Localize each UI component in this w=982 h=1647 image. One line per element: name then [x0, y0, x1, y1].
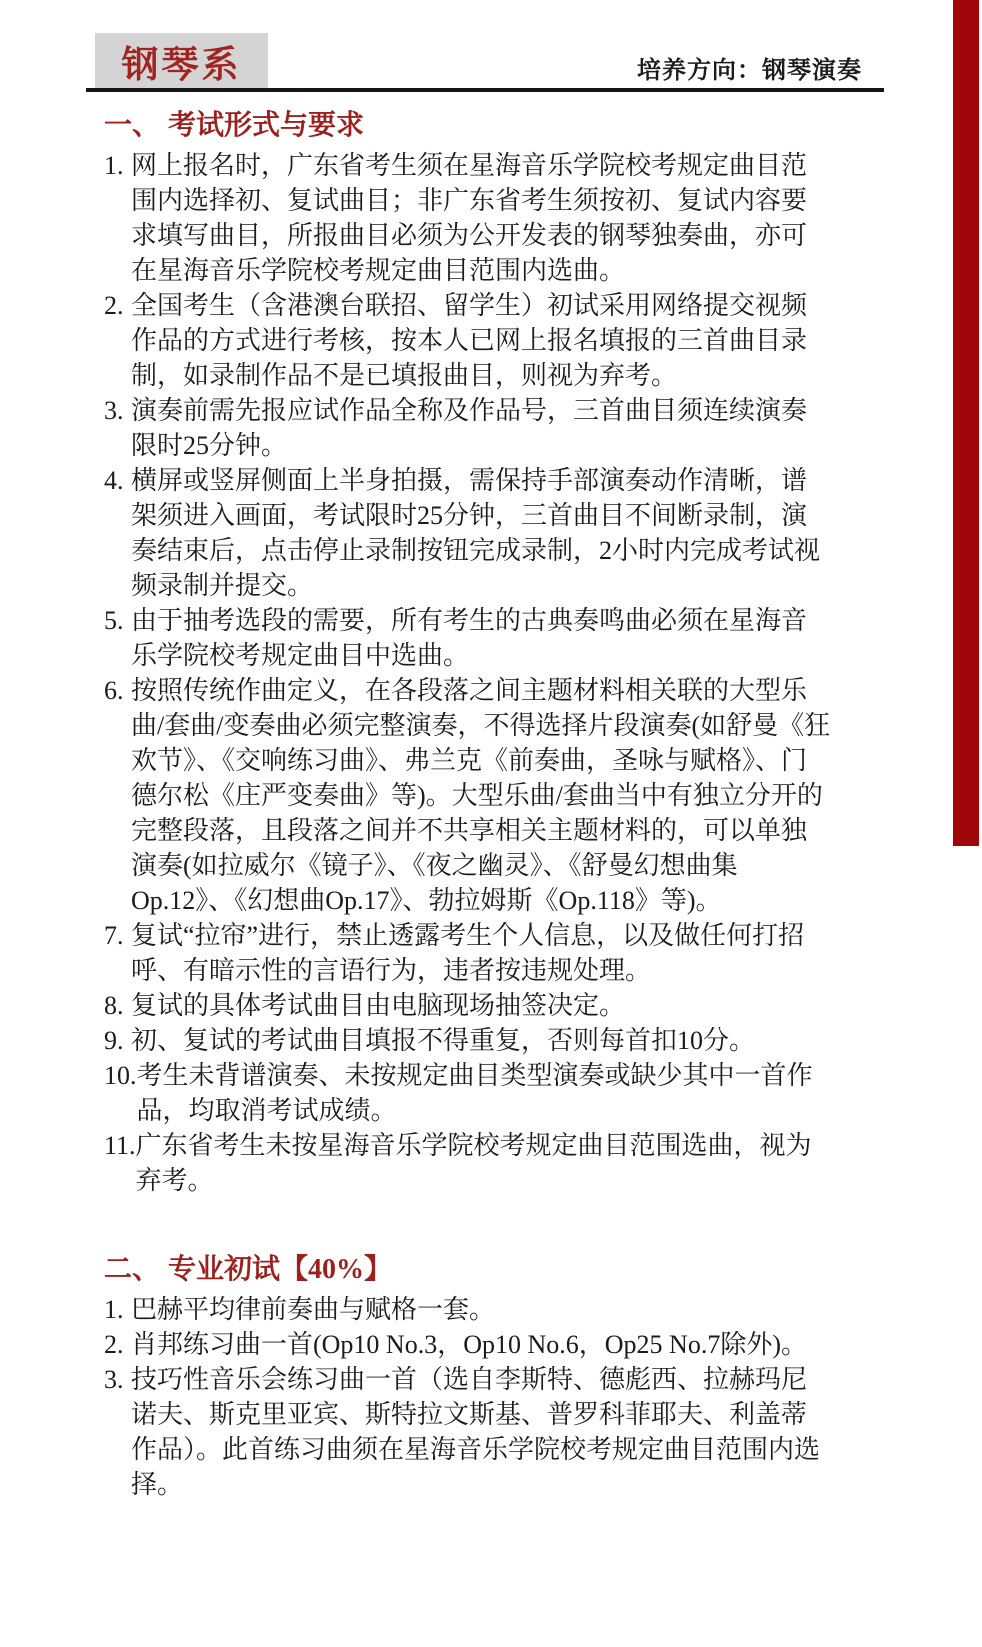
list-item-number: 1. — [104, 1292, 131, 1327]
list-item-text: 复试“拉帘”进行，禁止透露考生个人信息，以及做任何打招呼、有暗示性的言语行为，违… — [131, 918, 831, 988]
section-title: 考试形式与要求 — [168, 110, 364, 141]
list-item-text: 横屏或竖屏侧面上半身拍摄，需保持手部演奏动作清晰，谱架须进入画面，考试限时25分… — [131, 463, 831, 603]
list-item-number: 3. — [104, 1362, 131, 1502]
list-item-number: 2. — [104, 288, 131, 393]
list-item-text: 广东省考生未按星海音乐学院校考规定曲目范围选曲，视为弃考。 — [136, 1128, 831, 1198]
list-item-number: 2. — [104, 1327, 131, 1362]
header-divider — [86, 88, 884, 92]
list-item-text: 由于抽考选段的需要，所有考生的古典奏鸣曲必须在星海音乐学院校考规定曲目中选曲。 — [131, 603, 831, 673]
list-item: 3. 演奏前需先报应试作品全称及作品号，三首曲目须连续演奏限时25分钟。 — [104, 393, 831, 463]
section-number: 一、 — [104, 110, 160, 141]
list-item: 9. 初、复试的考试曲目填报不得重复，否则每首扣10分。 — [104, 1023, 831, 1058]
department-title: 钢琴系 — [122, 34, 242, 88]
list-item: 1. 网上报名时，广东省考生须在星海音乐学院校考规定曲目范围内选择初、复试曲目；… — [104, 148, 831, 288]
list-item-number: 1. — [104, 148, 131, 288]
list-item-text: 技巧性音乐会练习曲一首（选自李斯特、德彪西、拉赫玛尼诺夫、斯克里亚宾、斯特拉文斯… — [131, 1362, 831, 1502]
list-item: 5. 由于抽考选段的需要，所有考生的古典奏鸣曲必须在星海音乐学院校考规定曲目中选… — [104, 603, 831, 673]
section-heading: 二、专业初试【40%】 — [104, 1250, 831, 1290]
document-body: 一、考试形式与要求 1. 网上报名时，广东省考生须在星海音乐学院校考规定曲目范围… — [104, 106, 831, 1502]
list-item: 7. 复试“拉帘”进行，禁止透露考生个人信息，以及做任何打招呼、有暗示性的言语行… — [104, 918, 831, 988]
list-item-text: 初、复试的考试曲目填报不得重复，否则每首扣10分。 — [131, 1023, 831, 1058]
section-item-list: 1. 网上报名时，广东省考生须在星海音乐学院校考规定曲目范围内选择初、复试曲目；… — [104, 148, 831, 1198]
section-preliminary-exam: 二、专业初试【40%】 1. 巴赫平均律前奏曲与赋格一套。 2. 肖邦练习曲一首… — [104, 1250, 831, 1502]
list-item-text: 全国考生（含港澳台联招、留学生）初试采用网络提交视频作品的方式进行考核，按本人已… — [131, 288, 831, 393]
training-direction: 培养方向：钢琴演奏 — [460, 50, 862, 85]
list-item-text: 演奏前需先报应试作品全称及作品号，三首曲目须连续演奏限时25分钟。 — [131, 393, 831, 463]
list-item-number: 7. — [104, 918, 131, 988]
list-item-text: 复试的具体考试曲目由电脑现场抽签决定。 — [131, 988, 831, 1023]
section-heading: 一、考试形式与要求 — [104, 106, 831, 146]
list-item-number: 8. — [104, 988, 131, 1023]
department-badge: 钢琴系 — [95, 33, 268, 88]
list-item-number: 3. — [104, 393, 131, 463]
list-item-number: 11. — [104, 1128, 136, 1198]
section-exam-requirements: 一、考试形式与要求 1. 网上报名时，广东省考生须在星海音乐学院校考规定曲目范围… — [104, 106, 831, 1198]
list-item: 2. 肖邦练习曲一首(Op10 No.3，Op10 No.6，Op25 No.7… — [104, 1327, 831, 1362]
page-accent-bar — [953, 0, 979, 846]
list-item: 10. 考生未背谱演奏、未按规定曲目类型演奏或缺少其中一首作品，均取消考试成绩。 — [104, 1058, 831, 1128]
list-item-number: 6. — [104, 673, 131, 918]
list-item: 3. 技巧性音乐会练习曲一首（选自李斯特、德彪西、拉赫玛尼诺夫、斯克里亚宾、斯特… — [104, 1362, 831, 1502]
list-item: 11. 广东省考生未按星海音乐学院校考规定曲目范围选曲，视为弃考。 — [104, 1128, 831, 1198]
list-item-text: 考生未背谱演奏、未按规定曲目类型演奏或缺少其中一首作品，均取消考试成绩。 — [137, 1058, 832, 1128]
list-item: 6. 按照传统作曲定义，在各段落之间主题材料相关联的大型乐曲/套曲/变奏曲必须完… — [104, 673, 831, 918]
list-item-text: 网上报名时，广东省考生须在星海音乐学院校考规定曲目范围内选择初、复试曲目；非广东… — [131, 148, 831, 288]
list-item: 4. 横屏或竖屏侧面上半身拍摄，需保持手部演奏动作清晰，谱架须进入画面，考试限时… — [104, 463, 831, 603]
section-number: 二、 — [104, 1254, 160, 1285]
list-item-number: 10. — [104, 1058, 137, 1128]
list-item: 1. 巴赫平均律前奏曲与赋格一套。 — [104, 1292, 831, 1327]
list-item-text: 巴赫平均律前奏曲与赋格一套。 — [131, 1292, 831, 1327]
list-item-number: 9. — [104, 1023, 131, 1058]
list-item-number: 4. — [104, 463, 131, 603]
list-item-number: 5. — [104, 603, 131, 673]
section-title: 专业初试【40%】 — [168, 1254, 392, 1285]
list-item-text: 肖邦练习曲一首(Op10 No.3，Op10 No.6，Op25 No.7除外)… — [131, 1327, 831, 1362]
section-item-list: 1. 巴赫平均律前奏曲与赋格一套。 2. 肖邦练习曲一首(Op10 No.3，O… — [104, 1292, 831, 1502]
list-item: 2. 全国考生（含港澳台联招、留学生）初试采用网络提交视频作品的方式进行考核，按… — [104, 288, 831, 393]
list-item: 8. 复试的具体考试曲目由电脑现场抽签决定。 — [104, 988, 831, 1023]
list-item-text: 按照传统作曲定义，在各段落之间主题材料相关联的大型乐曲/套曲/变奏曲必须完整演奏… — [131, 673, 831, 918]
